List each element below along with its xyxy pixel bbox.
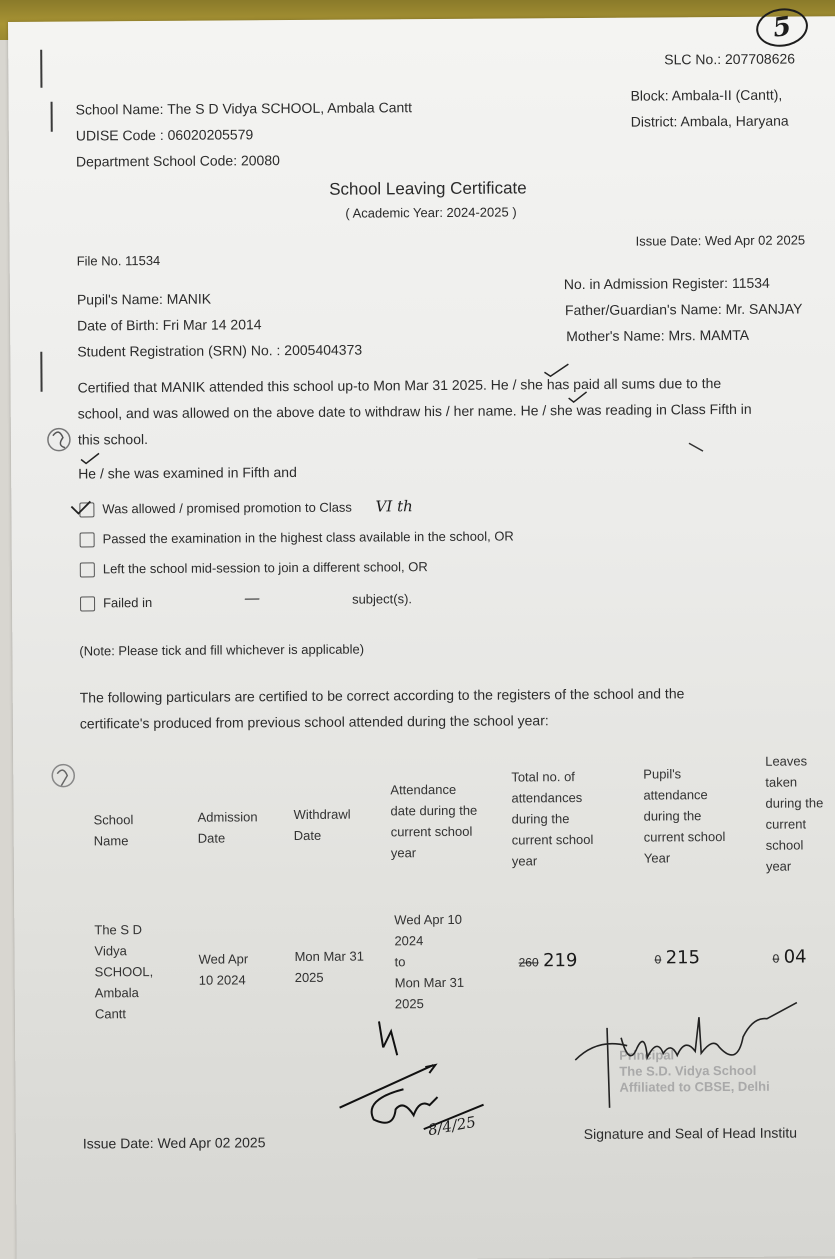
option-promotion: Was allowed / promised promotion to Clas…	[79, 497, 412, 517]
failed-subjects-handwritten: —	[244, 588, 260, 607]
margin-mark	[40, 50, 42, 88]
pupil-attendance-struck: 0	[655, 952, 662, 966]
slc-number: SLC No.: 207708626	[664, 51, 795, 68]
promotion-label: Was allowed / promised promotion to Clas…	[102, 500, 352, 517]
header-admission-date: AdmissionDate	[197, 806, 257, 848]
cell-admission-date: Wed Apr10 2024	[198, 948, 248, 990]
leaves-taken-struck: 0	[773, 952, 780, 966]
cell-withdrawal-date: Mon Mar 312025	[294, 946, 364, 988]
failed-label: Failed in	[103, 595, 152, 610]
margin-initial-scribble	[45, 424, 75, 458]
tick-mark-icon	[542, 362, 572, 378]
block: Block: Ambala-II (Cantt),	[630, 87, 782, 104]
header-attendance-date: Attendancedate during thecurrent schooly…	[390, 779, 477, 864]
particulars-intro-line-2: certificate's produced from previous sch…	[80, 712, 549, 731]
date-of-birth: Date of Birth: Fri Mar 14 2014	[77, 316, 262, 333]
particulars-intro-line-1: The following particulars are certified …	[80, 685, 685, 705]
header-total-attendances: Total no. ofattendancesduring thecurrent…	[511, 766, 593, 872]
failed-checkbox[interactable]	[80, 596, 95, 611]
passed-highest-checkbox[interactable]	[80, 532, 95, 547]
option-passed-highest: Passed the examination in the highest cl…	[80, 528, 514, 547]
margin-initial-scribble	[49, 760, 79, 794]
promotion-checkbox[interactable]	[79, 502, 94, 517]
srn-number: Student Registration (SRN) No. : 2005404…	[77, 342, 362, 360]
mother-name: Mother's Name: Mrs. MAMTA	[566, 327, 749, 344]
left-mid-session-checkbox[interactable]	[80, 562, 95, 577]
header-pupil-attendance: Pupil'sattendanceduring thecurrent schoo…	[643, 763, 725, 869]
certification-line-3: this school.	[78, 431, 148, 447]
cell-pupil-attendance: 0 215	[654, 947, 700, 968]
academic-year: ( Academic Year: 2024-2025 )	[345, 204, 516, 220]
department-code: Department School Code: 20080	[76, 152, 280, 169]
cell-school-name: The S DVidyaSCHOOL,AmbalaCantt	[94, 919, 153, 1024]
cell-attendance-period: Wed Apr 102024toMon Mar 312025	[394, 909, 464, 1014]
examined-line: He / she was examined in Fifth and	[78, 464, 297, 482]
left-mid-session-label: Left the school mid-session to join a di…	[103, 559, 428, 576]
margin-mark	[40, 352, 42, 392]
certification-line-1: Certified that MANIK attended this schoo…	[77, 375, 721, 395]
check-icon	[70, 500, 94, 516]
leaves-taken-value: 04	[784, 946, 807, 967]
certification-line-2: school, and was allowed on the above dat…	[78, 401, 752, 422]
clerk-signature	[333, 1018, 514, 1149]
district: District: Ambala, Haryana	[631, 113, 789, 130]
school-name: School Name: The S D Vidya SCHOOL, Ambal…	[76, 99, 413, 117]
passed-highest-label: Passed the examination in the highest cl…	[103, 528, 514, 546]
udise-code: UDISE Code : 06020205579	[76, 126, 254, 143]
header-school-name: SchoolName	[93, 809, 133, 851]
promotion-class-handwritten: VI th	[375, 497, 412, 515]
note: (Note: Please tick and fill whichever is…	[79, 642, 364, 659]
document-title: School Leaving Certificate	[329, 178, 527, 199]
issue-date-top: Issue Date: Wed Apr 02 2025	[635, 232, 805, 248]
file-number: File No. 11534	[77, 253, 161, 269]
pen-mark	[687, 441, 707, 455]
pupil-name: Pupil's Name: MANIK	[77, 291, 211, 308]
option-left-mid-session: Left the school mid-session to join a di…	[80, 559, 428, 577]
admission-register-number: No. in Admission Register: 11534	[564, 275, 770, 292]
header-leaves-taken: Leavestakenduring thecurrentschoolyear	[765, 750, 824, 876]
tick-mark-icon	[567, 390, 591, 404]
issue-date-bottom: Issue Date: Wed Apr 02 2025	[83, 1134, 266, 1151]
cell-total-attendances: 260 219	[518, 950, 577, 971]
header-withdrawal-date: WithdrawlDate	[293, 804, 350, 846]
cell-leaves-taken: 0 04	[772, 946, 806, 967]
margin-mark	[51, 102, 53, 132]
certificate-page: 5 School Name: The S D Vidya SCHOOL, Amb…	[8, 16, 835, 1259]
tick-mark-icon	[79, 451, 103, 465]
total-attendances-struck: 260	[519, 955, 539, 969]
option-failed: Failed in	[80, 595, 152, 612]
failed-suffix: subject(s).	[352, 591, 412, 606]
total-attendances-value: 219	[543, 950, 578, 971]
principal-signature	[567, 996, 808, 1108]
pupil-attendance-value: 215	[666, 947, 701, 968]
father-name: Father/Guardian's Name: Mr. SANJAY	[565, 300, 802, 318]
signature-label: Signature and Seal of Head Institu	[584, 1125, 797, 1142]
